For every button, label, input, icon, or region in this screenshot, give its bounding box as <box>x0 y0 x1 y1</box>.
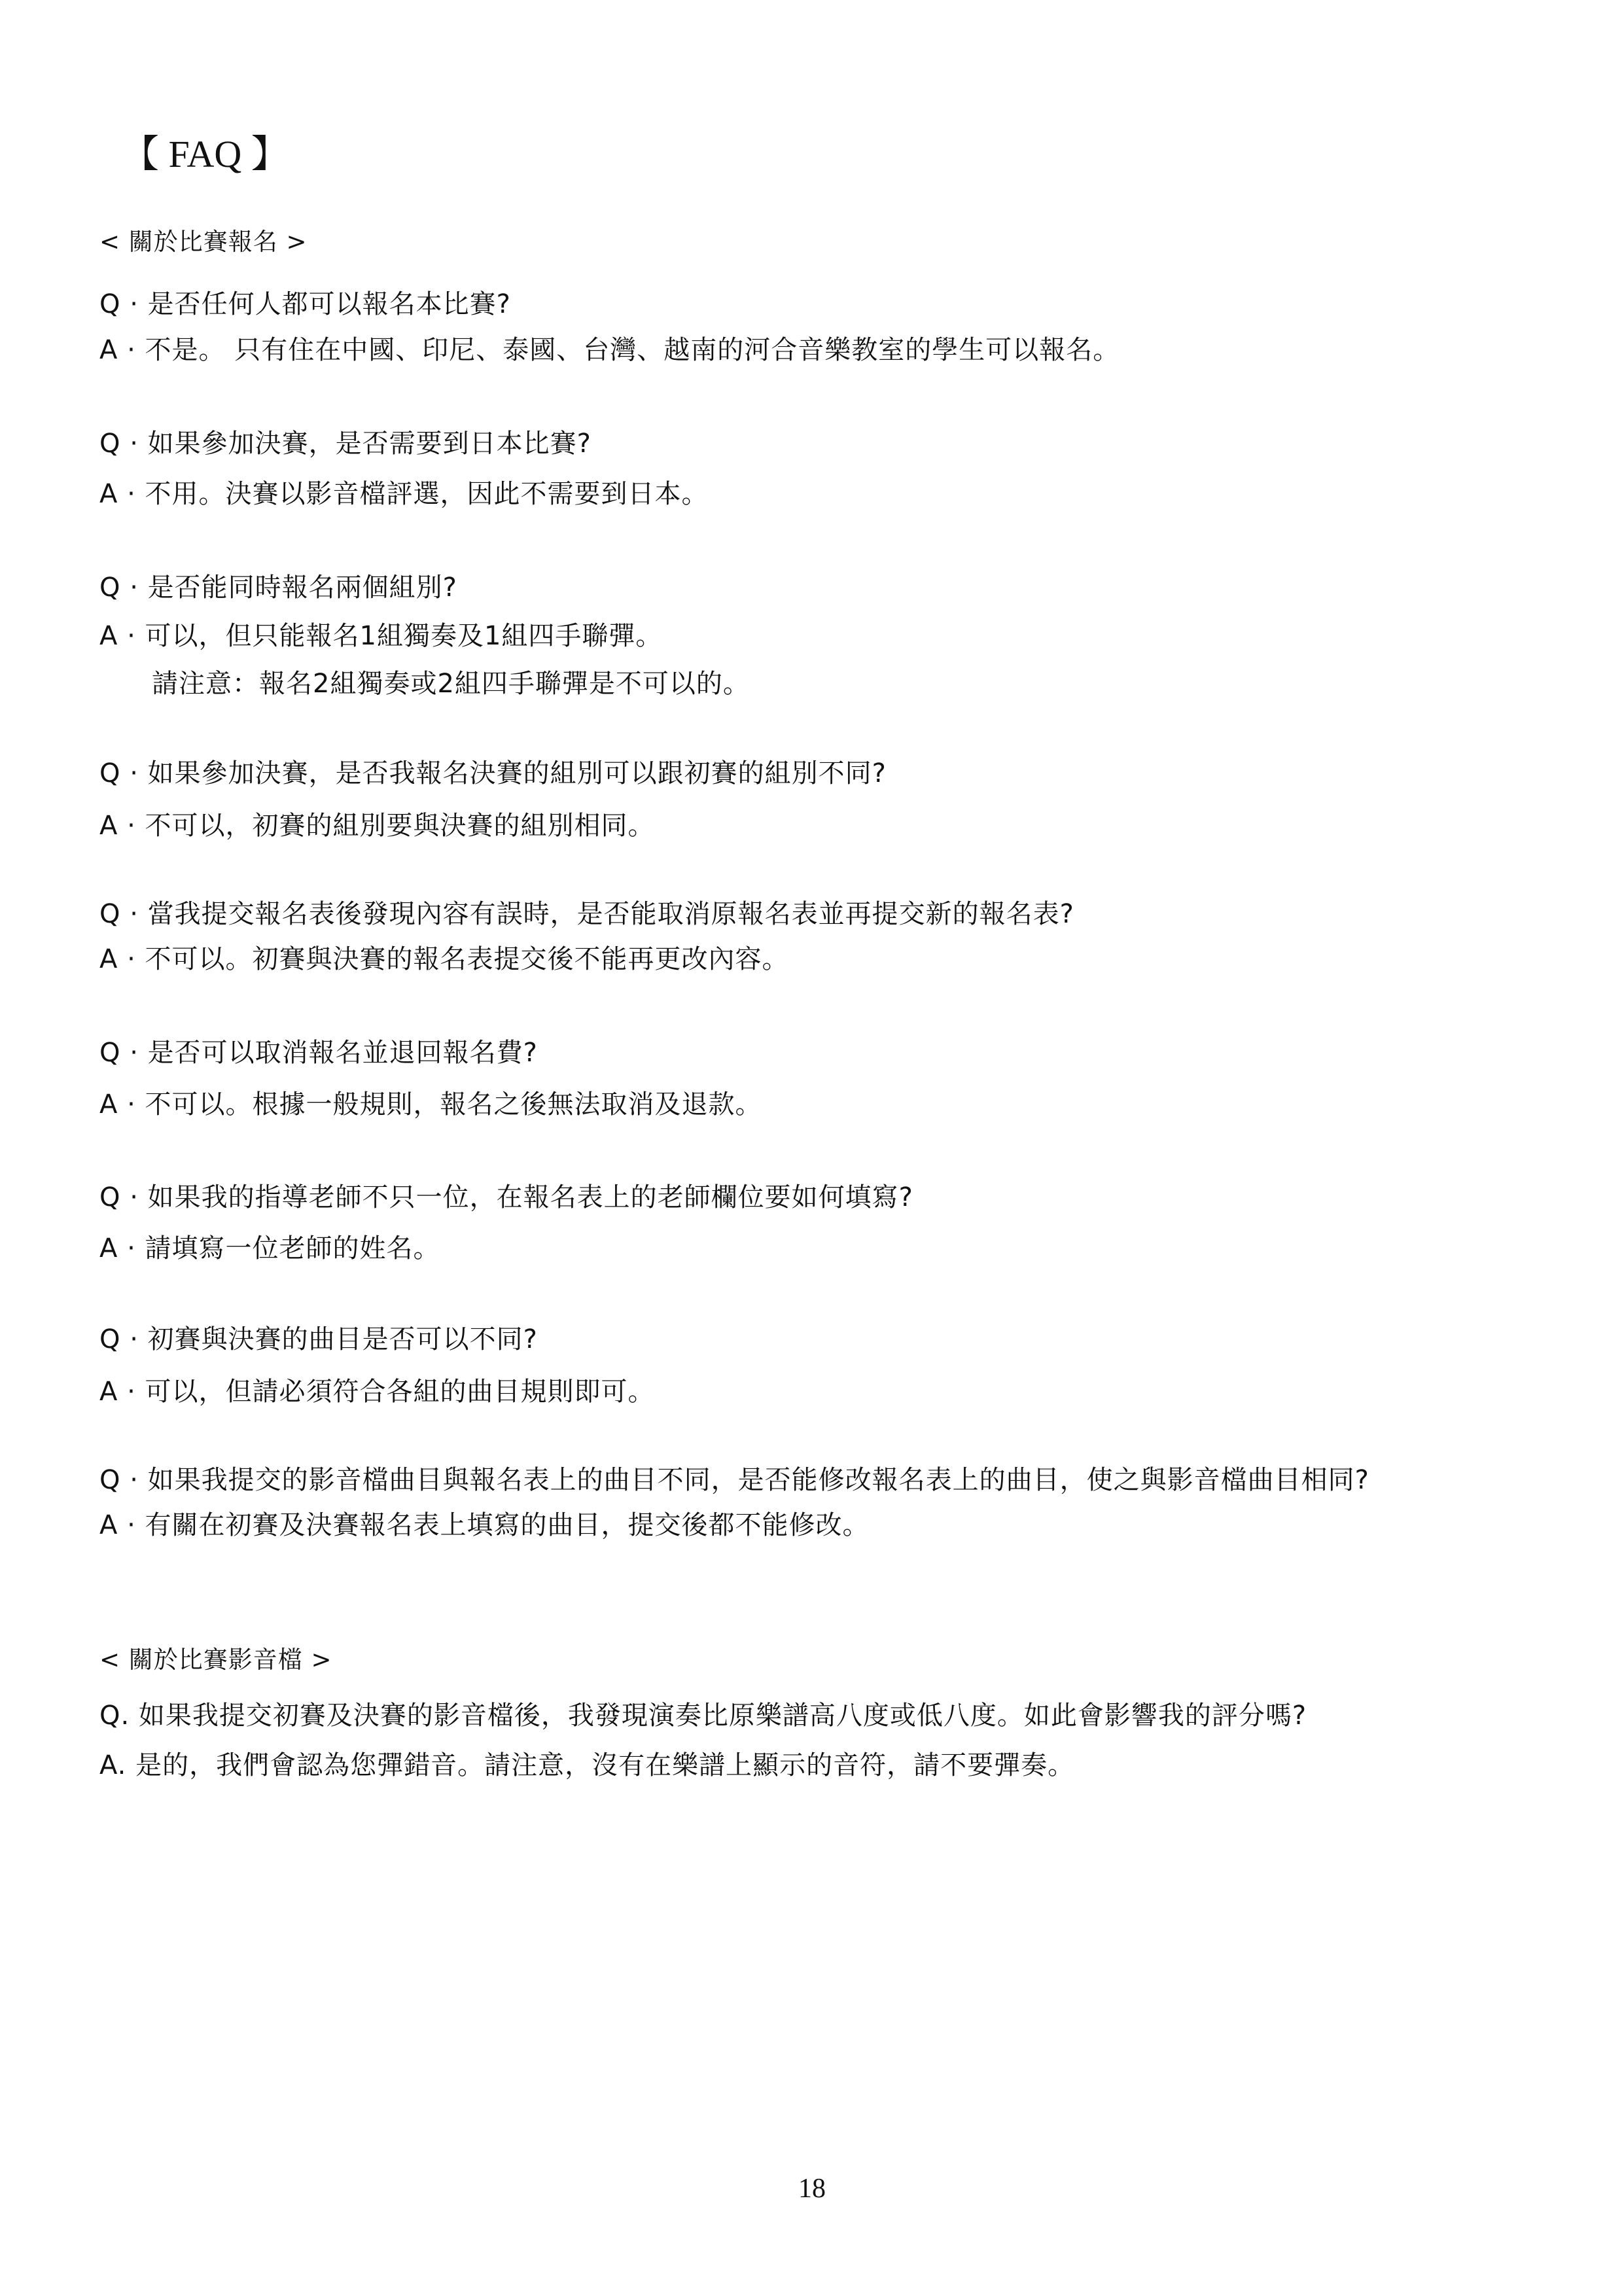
answer-5: A · 不可以。初賽與決賽的報名表提交後不能再更改內容。 <box>99 943 789 976</box>
answer-2: A · 不用。決賽以影音檔評選，因此不需要到日本。 <box>99 478 709 510</box>
question-1: Q · 是否任何人都可以報名本比賽? <box>99 288 511 321</box>
question-6: Q · 是否可以取消報名並退回報名費? <box>99 1036 538 1069</box>
question-10: Q. 如果我提交初賽及決賽的影音檔後，我發現演奏比原樂譜高八度或低八度。如此會影… <box>99 1699 1307 1732</box>
question-2: Q · 如果參加決賽，是否需要到日本比賽? <box>99 427 591 460</box>
answer-6: A · 不可以。根據一般規則，報名之後無法取消及退款。 <box>99 1088 762 1121</box>
answer-10: A. 是的，我們會認為您彈錯音。請注意，沒有在樂譜上顯示的音符，請不要彈奏。 <box>99 1749 1074 1782</box>
question-9: Q · 如果我提交的影音檔曲目與報名表上的曲目不同，是否能修改報名表上的曲目，使… <box>99 1464 1369 1496</box>
question-7: Q · 如果我的指導老師不只一位，在報名表上的老師欄位要如何填寫? <box>99 1181 913 1214</box>
answer-4: A · 不可以，初賽的組別要與決賽的組別相同。 <box>99 809 655 842</box>
question-8: Q · 初賽與決賽的曲目是否可以不同? <box>99 1323 538 1356</box>
answer-3: A · 可以，但只能報名1組獨奏及1組四手聯彈。 <box>99 620 662 652</box>
answer-7: A · 請填寫一位老師的姓名。 <box>99 1232 440 1265</box>
answer-9: A · 有關在初賽及決賽報名表上填寫的曲目，提交後都不能修改。 <box>99 1509 870 1542</box>
section-heading-video: < 關於比賽影音檔 > <box>99 1644 332 1676</box>
page-title: 【 FAQ 】 <box>121 132 289 177</box>
section-heading-registration: < 關於比賽報名 > <box>99 226 308 258</box>
question-4: Q · 如果參加決賽，是否我報名決賽的組別可以跟初賽的組別不同? <box>99 757 887 790</box>
answer-1: A · 不是。 只有住在中國、印尼、泰國、台灣、越南的河合音樂教室的學生可以報名… <box>99 334 1120 366</box>
question-3: Q · 是否能同時報名兩個組別? <box>99 571 457 604</box>
page-number: 18 <box>0 2172 1624 2205</box>
answer-8: A · 可以，但請必須符合各組的曲目規則即可。 <box>99 1375 655 1408</box>
question-5: Q · 當我提交報名表後發現內容有誤時，是否能取消原報名表並再提交新的報名表? <box>99 898 1074 930</box>
answer-3-note: 請注意：報名2組獨奏或2組四手聯彈是不可以的。 <box>152 667 750 700</box>
